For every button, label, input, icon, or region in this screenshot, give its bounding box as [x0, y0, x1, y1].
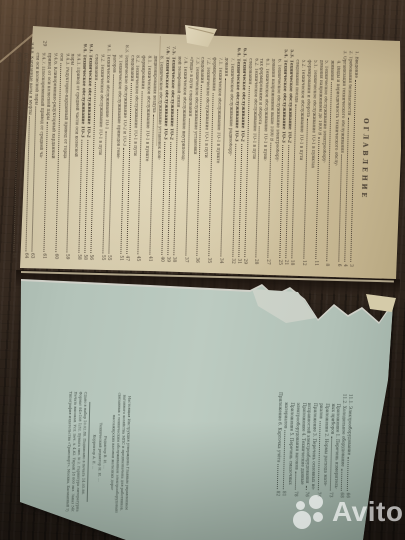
- toc-entry-text: ных приборов: [329, 403, 336, 434]
- dot-leader: [306, 485, 307, 489]
- dot-leader: [318, 421, 321, 490]
- cover-rows: 11.1. Электрооборудование6611.2. Холодил…: [275, 392, 353, 498]
- imprint-block: Настоящая Инструкция утверждена Главным …: [52, 391, 131, 513]
- dot-leader: [283, 430, 286, 489]
- toc-entry-text: риалов: [318, 403, 324, 419]
- avito-watermark-label: Avito: [332, 496, 403, 528]
- dot-leader: [341, 469, 343, 491]
- dot-leader: [347, 457, 349, 490]
- avito-logo-icon: [293, 494, 327, 530]
- toc-entry-text: материалов: [283, 402, 289, 428]
- toc-page-number: 81: [281, 491, 287, 496]
- toc-page-number: 82: [275, 491, 281, 496]
- dot-leader: [277, 464, 279, 488]
- cover-contents-block: 11.1. Электрооборудование6611.2. Холодил…: [273, 392, 354, 498]
- listing-photo: ОГЛАВЛЕНИЕ 1. Введение32. Требования без…: [0, 0, 405, 540]
- avito-watermark: Avito: [293, 494, 403, 530]
- dot-leader: [329, 436, 331, 490]
- dot-leader: [295, 472, 296, 490]
